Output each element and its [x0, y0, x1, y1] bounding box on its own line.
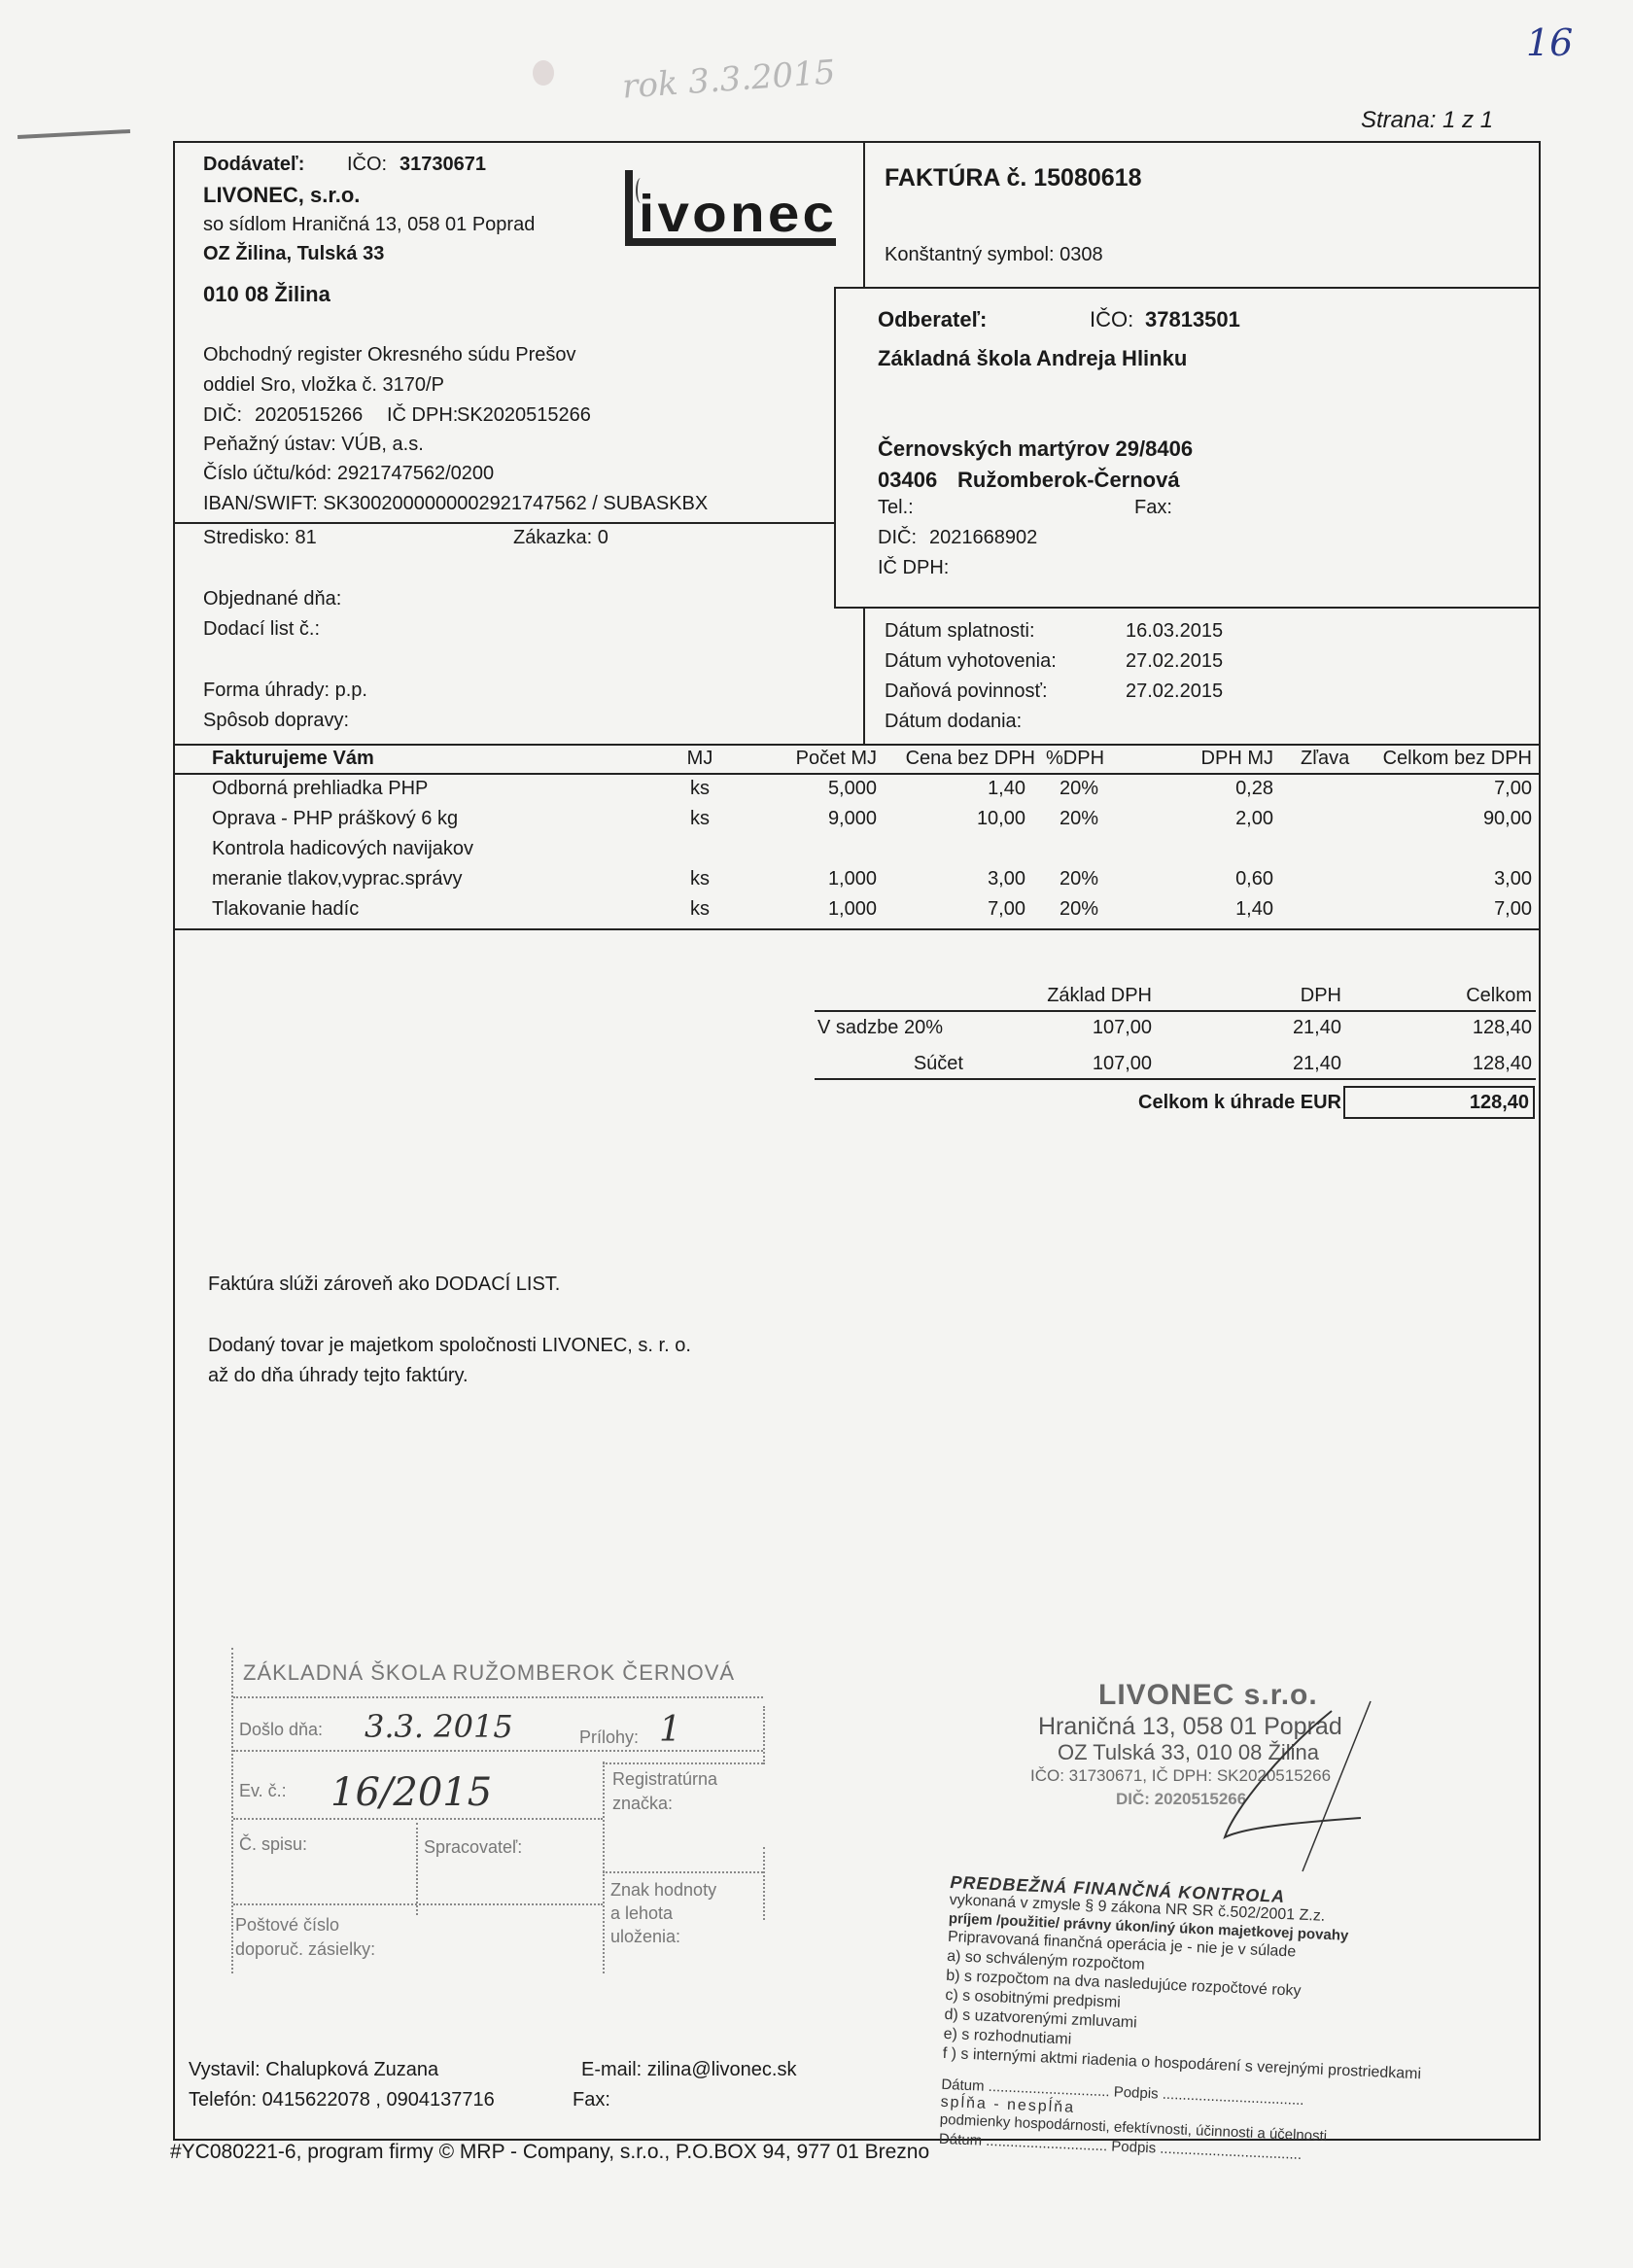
- cell-vat-pct: 20%: [1045, 807, 1113, 830]
- buyer-dic-label: DIČ:: [878, 526, 917, 549]
- cell-price: 3,00: [880, 867, 1025, 890]
- cell-unit: ks: [671, 807, 729, 830]
- pencil-note: rok 3.3.2015: [621, 52, 837, 106]
- supplier-ico: 31730671: [400, 153, 486, 176]
- program-footer: #YC080221-6, program firmy © MRP - Compa…: [170, 2141, 929, 2164]
- summary-sum-base: 107,00: [972, 1052, 1152, 1075]
- buyer-label: Odberateľ:: [878, 306, 987, 333]
- supplier-dic: 2020515266: [255, 403, 363, 427]
- registry-stamp-title: ZÁKLADNÁ ŠKOLA RUŽOMBEROK ČERNOVÁ: [243, 1660, 735, 1686]
- supplier-icdph: SK2020515266: [457, 403, 591, 427]
- cell-vat-unit: 2,00: [1118, 807, 1273, 830]
- table-bottom-line: [173, 928, 1541, 930]
- supplier-account: Číslo účtu/kód: 2921747562/0200: [203, 462, 494, 485]
- constant-symbol: Konštantný symbol: 0308: [885, 243, 1103, 266]
- supplier-register-2: oddiel Sro, vložka č. 3170/P: [203, 373, 444, 397]
- signature-scribble: [1166, 1692, 1380, 1876]
- cell-total: 7,00: [1361, 897, 1532, 921]
- column-header-desc: Fakturujeme Vám: [212, 747, 620, 770]
- date-value: 27.02.2015: [1126, 649, 1223, 673]
- supplier-iban: IBAN/SWIFT: SK3002000000002921747562 / S…: [203, 492, 708, 515]
- page-indicator: Strana: 1 z 1: [1361, 107, 1493, 134]
- cell-total: 90,00: [1361, 807, 1532, 830]
- ev-label: Ev. č.:: [239, 1779, 287, 1802]
- attachments-value: 1: [659, 1711, 681, 1750]
- delivery-note-label: Dodací list č.:: [203, 617, 320, 641]
- date-value: 16.03.2015: [1126, 619, 1223, 643]
- cell-price: 1,40: [880, 777, 1025, 800]
- supplier-seat: so sídlom Hraničná 13, 058 01 Poprad: [203, 213, 535, 236]
- binding-mark: [17, 129, 130, 139]
- ordered-on-label: Objednané dňa:: [203, 587, 341, 611]
- date-label: Dátum splatnosti:: [885, 619, 1035, 643]
- buyer-ico-label: IČO:: [1090, 306, 1133, 333]
- date-value: 27.02.2015: [1126, 680, 1223, 703]
- footer-phone: Telefón: 0415622078 , 0904137716: [189, 2088, 495, 2111]
- post-number-label-2: doporuč. zásielky:: [235, 1937, 375, 1961]
- order-center: Stredisko: 81: [203, 526, 317, 549]
- value-mark-label-3: uloženia:: [610, 1925, 680, 1948]
- buyer-tel-label: Tel.:: [878, 496, 914, 519]
- cell-vat-pct: 20%: [1045, 897, 1113, 921]
- date-label: Dátum vyhotovenia:: [885, 649, 1057, 673]
- pencil-smudge: [533, 60, 554, 86]
- file-number-label: Č. spisu:: [239, 1832, 307, 1856]
- supplier-bank: Peňažný ústav: VÚB, a.s.: [203, 433, 424, 456]
- cell-unit: ks: [671, 867, 729, 890]
- cell-vat-pct: 20%: [1045, 777, 1113, 800]
- footer-email: E-mail: zilina@livonec.sk: [581, 2058, 796, 2081]
- attachments-label: Prílohy:: [579, 1726, 639, 1749]
- buyer-icdph-label: IČ DPH:: [878, 556, 949, 579]
- cell-vat-unit: 1,40: [1118, 897, 1273, 921]
- column-header-unit: MJ: [680, 747, 719, 770]
- buyer-street: Černovských martýrov 29/8406: [878, 436, 1193, 463]
- reg-mark-label-2: značka:: [612, 1792, 673, 1815]
- summary-header-base: Základ DPH: [972, 984, 1152, 1007]
- summary-top-line: [815, 1010, 1536, 1012]
- cell-qty: 9,000: [768, 807, 877, 830]
- cell-vat-unit: 0,28: [1118, 777, 1273, 800]
- shipping-method: Spôsob dopravy:: [203, 709, 349, 732]
- handler-label: Spracovateľ:: [424, 1835, 522, 1859]
- cell-price: 10,00: [880, 807, 1025, 830]
- date-label: Dátum dodania:: [885, 710, 1022, 733]
- table-top-line: [173, 744, 1541, 746]
- order-info-divider: [173, 522, 835, 524]
- cell-desc: Oprava - PHP práškový 6 kg: [212, 807, 620, 830]
- note-ownership-1: Dodaný tovar je majetkom spoločnosti LIV…: [208, 1334, 691, 1357]
- summary-rate-base: 107,00: [972, 1016, 1152, 1039]
- post-number-label-1: Poštové číslo: [235, 1913, 339, 1937]
- cell-unit: ks: [671, 777, 729, 800]
- payment-form: Forma úhrady: p.p.: [203, 679, 367, 702]
- column-header-total: Celkom bez DPH: [1351, 747, 1532, 770]
- value-mark-label-1: Znak hodnoty: [610, 1878, 716, 1902]
- logo-wordmark: ivonec: [639, 192, 837, 236]
- supplier-city: 010 08 Žilina: [203, 281, 330, 308]
- buyer-dic: 2021668902: [929, 526, 1037, 549]
- note-delivery-list: Faktúra slúži zároveň ako DODACÍ LIST.: [208, 1273, 560, 1296]
- cell-desc: meranie tlakov,vyprac.správy: [212, 867, 620, 890]
- supplier-icdph-label: IČ DPH:: [387, 403, 458, 427]
- column-header-discount: Zľava: [1301, 747, 1359, 770]
- received-value: 3.3. 2015: [365, 1709, 513, 1744]
- cell-total: 3,00: [1361, 867, 1532, 890]
- supplier-label: Dodávateľ:: [203, 153, 304, 176]
- summary-sum-vat: 21,40: [1244, 1052, 1341, 1075]
- supplier-register-1: Obchodný register Okresného súdu Prešov: [203, 343, 576, 366]
- order-job: Zákazka: 0: [513, 526, 608, 549]
- summary-bottom-line: [815, 1078, 1536, 1080]
- summary-sum-total: 128,40: [1400, 1052, 1532, 1075]
- cell-desc: Odborná prehliadka PHP: [212, 777, 620, 800]
- cell-desc: Tlakovanie hadíc: [212, 897, 620, 921]
- buyer-zip: 03406: [878, 467, 937, 494]
- column-header-vat-pct: %DPH: [1046, 747, 1116, 770]
- cell-qty: 5,000: [768, 777, 877, 800]
- supplier-branch: OZ Žilina, Tulská 33: [203, 242, 384, 265]
- column-header-vat-unit: DPH MJ: [1118, 747, 1273, 770]
- date-label: Daňová povinnosť:: [885, 680, 1048, 703]
- livonec-logo: ivonec: [625, 170, 836, 248]
- supplier-dic-label: DIČ:: [203, 403, 242, 427]
- amount-due-label: Celkom k úhrade EUR: [972, 1091, 1341, 1114]
- column-header-price: Cena bez DPH: [880, 747, 1035, 770]
- supplier-name: LIVONEC, s.r.o.: [203, 182, 360, 209]
- ev-value: 16/2015: [330, 1771, 492, 1814]
- cell-price: 7,00: [880, 897, 1025, 921]
- amount-due-value: 128,40: [1346, 1091, 1529, 1114]
- issued-by: Vystavil: Chalupková Zuzana: [189, 2058, 438, 2081]
- summary-rate-label: V sadzbe 20%: [817, 1016, 943, 1039]
- cell-qty: 1,000: [768, 897, 877, 921]
- column-header-qty: Počet MJ: [758, 747, 877, 770]
- reg-mark-label-1: Registratúrna: [612, 1767, 717, 1791]
- buyer-name: Základná škola Andreja Hlinku: [878, 345, 1187, 372]
- handwritten-page-number: 16: [1526, 21, 1573, 64]
- cell-unit: ks: [671, 897, 729, 921]
- cell-total: 7,00: [1361, 777, 1532, 800]
- cell-vat-unit: 0,60: [1118, 867, 1273, 890]
- buyer-city: Ružomberok-Černová: [957, 467, 1180, 494]
- buyer-fax-label: Fax:: [1134, 496, 1172, 519]
- summary-sum-label: Súčet: [817, 1052, 963, 1075]
- dates-divider: [863, 608, 865, 744]
- buyer-ico: 37813501: [1145, 306, 1240, 333]
- summary-header-total: Celkom: [1400, 984, 1532, 1007]
- received-label: Došlo dňa:: [239, 1718, 323, 1741]
- note-ownership-2: až do dňa úhrady tejto faktúry.: [208, 1364, 469, 1387]
- value-mark-label-2: a lehota: [610, 1902, 673, 1925]
- summary-rate-vat: 21,40: [1244, 1016, 1341, 1039]
- summary-rate-total: 128,40: [1400, 1016, 1532, 1039]
- cell-vat-pct: 20%: [1045, 867, 1113, 890]
- table-header-line: [173, 773, 1541, 775]
- supplier-ico-label: IČO:: [347, 153, 387, 176]
- footer-fax: Fax:: [573, 2088, 610, 2111]
- title-box-divider: [863, 141, 865, 289]
- invoice-title: FAKTÚRA č. 15080618: [885, 163, 1141, 192]
- summary-header-vat: DPH: [1244, 984, 1341, 1007]
- cell-desc: Kontrola hadicových navijakov: [212, 837, 620, 860]
- cell-qty: 1,000: [768, 867, 877, 890]
